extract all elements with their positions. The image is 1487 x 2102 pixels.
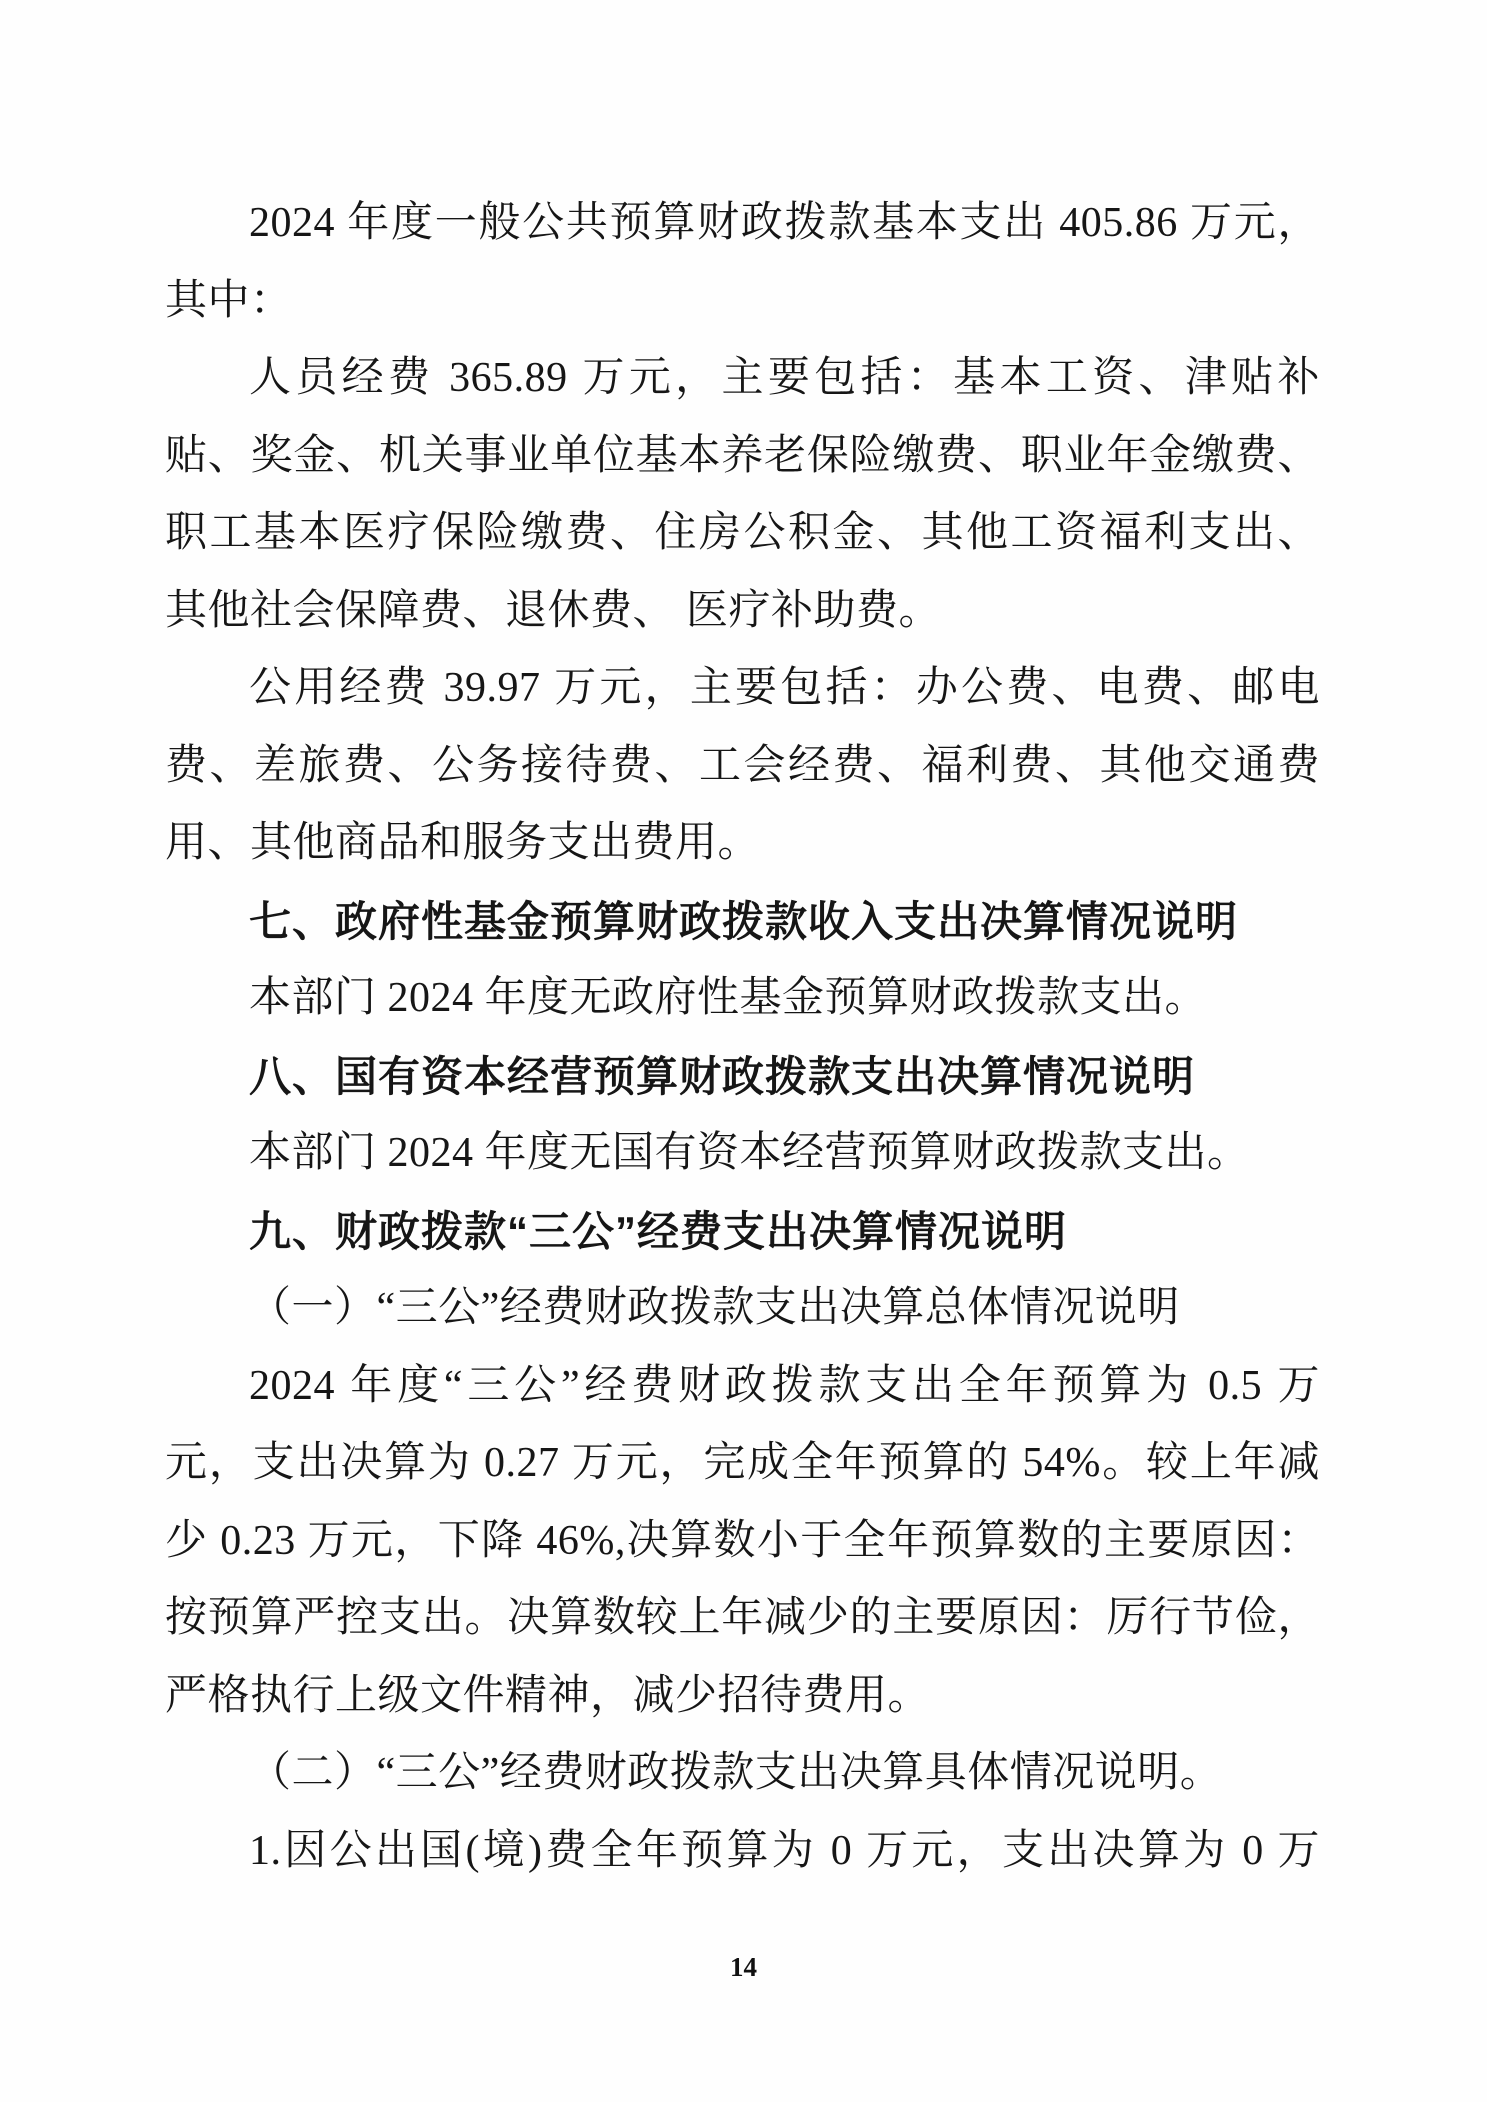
paragraph-line: 少 0.23 万元，下降 46%,决算数小于全年预算数的主要原因： xyxy=(165,1503,1320,1581)
paragraph-line: 贴、奖金、机关事业单位基本养老保险缴费、职业年金缴费、 xyxy=(165,418,1320,496)
paragraph-line: 严格执行上级文件精神，减少招待费用。 xyxy=(165,1658,1320,1736)
subsection-2-heading: （二）“三公”经费财政拨款支出决算具体情况说明。 xyxy=(165,1735,1320,1813)
paragraph-line: 其中： xyxy=(165,263,1320,341)
section-8-heading: 八、国有资本经营预算财政拨款支出决算情况说明 xyxy=(165,1038,1320,1116)
paragraph-line: 本部门 2024 年度无国有资本经营预算财政拨款支出。 xyxy=(165,1115,1320,1193)
section-9-heading: 九、财政拨款“三公”经费支出决算情况说明 xyxy=(165,1193,1320,1271)
paragraph-line: 人员经费 365.89 万元，主要包括：基本工资、津贴补 xyxy=(165,340,1320,418)
paragraph-line: 职工基本医疗保险缴费、住房公积金、其他工资福利支出、 xyxy=(165,495,1320,573)
paragraph-line: 用、其他商品和服务支出费用。 xyxy=(165,805,1320,883)
paragraph-line: 元，支出决算为 0.27 万元，完成全年预算的 54%。较上年减 xyxy=(165,1425,1320,1503)
paragraph-line: 按预算严控支出。决算数较上年减少的主要原因：厉行节俭， xyxy=(165,1580,1320,1658)
paragraph-line: 2024 年度“三公”经费财政拨款支出全年预算为 0.5 万 xyxy=(165,1348,1320,1426)
paragraph-line: 2024 年度一般公共预算财政拨款基本支出 405.86 万元， xyxy=(165,185,1320,263)
paragraph-line: 费、差旅费、公务接待费、工会经费、福利费、其他交通费 xyxy=(165,728,1320,806)
section-7-heading: 七、政府性基金预算财政拨款收入支出决算情况说明 xyxy=(165,883,1320,961)
document-page: 2024 年度一般公共预算财政拨款基本支出 405.86 万元， 其中： 人员经… xyxy=(165,185,1320,1890)
paragraph-line: 公用经费 39.97 万元，主要包括：办公费、电费、邮电 xyxy=(165,650,1320,728)
subsection-1-heading: （一）“三公”经费财政拨款支出决算总体情况说明 xyxy=(165,1270,1320,1348)
page-number: 14 xyxy=(0,1952,1487,1983)
paragraph-line: 其他社会保障费、退休费、 医疗补助费。 xyxy=(165,573,1320,651)
paragraph-line: 本部门 2024 年度无政府性基金预算财政拨款支出。 xyxy=(165,960,1320,1038)
paragraph-line: 1.因公出国(境)费全年预算为 0 万元，支出决算为 0 万 xyxy=(165,1813,1320,1891)
